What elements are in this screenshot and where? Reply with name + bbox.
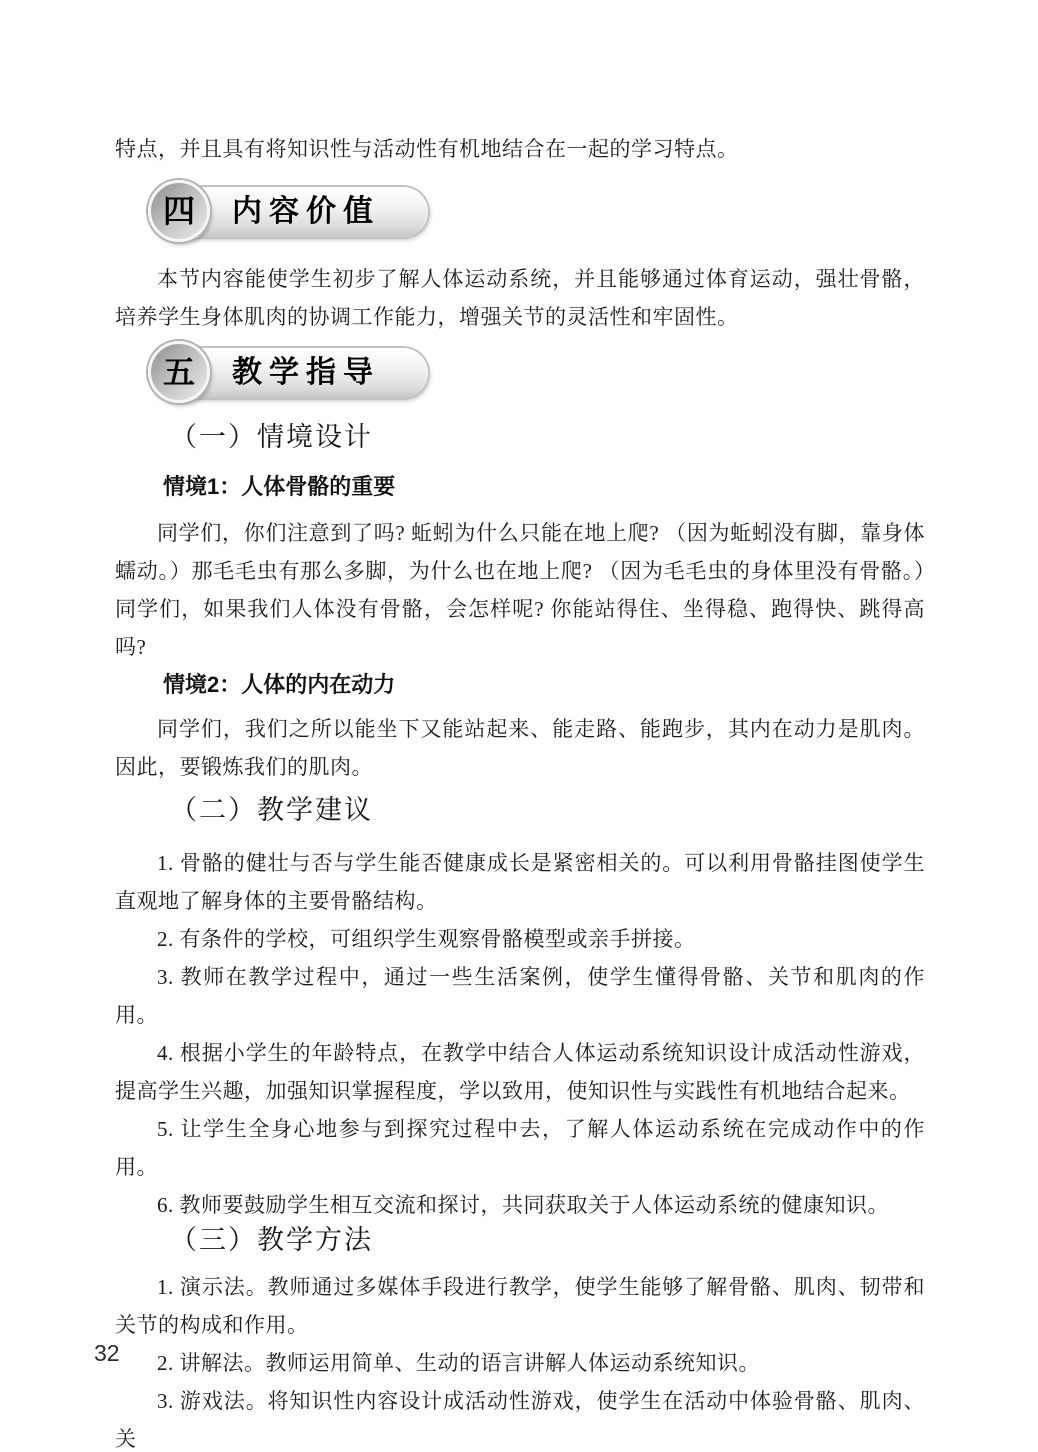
list-item: 5. 让学生全身心地参与到探究过程中去，了解人体运动系统在完成动作中的作用。 [115,1110,925,1186]
section-four-number-icon: 四 [148,180,210,242]
text-column: 特点，并且具有将知识性与活动性有机地结合在一起的学习特点。 内容价值 四 本节内… [115,0,925,1452]
list-item: 1. 演示法。教师通过多媒体手段进行教学，使学生能够了解骨骼、肌肉、韧带和关节的… [115,1268,925,1344]
scene-one-paragraph: 同学们，你们注意到了吗? 蚯蚓为什么只能在地上爬? （因为蚯蚓没有脚，靠身体蠕动… [115,514,925,666]
section-four-header: 内容价值 四 [148,180,508,246]
page-number: 32 [94,1340,120,1367]
methods-list: 1. 演示法。教师通过多媒体手段进行教学，使学生能够了解骨骼、肌肉、韧带和关节的… [115,1268,925,1452]
subsection-two-heading: （二）教学建议 [170,790,925,830]
scene-two-heading: 情境2：人体的内在动力 [163,670,925,700]
section-four-number: 四 [163,195,195,227]
list-item: 3. 游戏法。将知识性内容设计成活动性游戏，使学生在活动中体验骨骼、肌肉、关 [115,1382,925,1452]
list-item: 2. 有条件的学校，可组织学生观察骨骼模型或亲手拼接。 [115,920,925,958]
list-item: 6. 教师要鼓励学生相互交流和探讨，共同获取关于人体运动系统的健康知识。 [115,1186,925,1224]
suggestions-list: 1. 骨骼的健壮与否与学生能否健康成长是紧密相关的。可以利用骨骼挂图使学生直观地… [115,844,925,1224]
document-page: 特点，并且具有将知识性与活动性有机地结合在一起的学习特点。 内容价值 四 本节内… [0,0,1038,1452]
scene-one-heading: 情境1：人体骨骼的重要 [163,472,925,502]
list-item: 4. 根据小学生的年龄特点，在教学中结合人体运动系统知识设计成活动性游戏，提高学… [115,1034,925,1110]
list-item: 2. 讲解法。教师运用简单、生动的语言讲解人体运动系统知识。 [115,1344,925,1382]
list-item: 1. 骨骼的健壮与否与学生能否健康成长是紧密相关的。可以利用骨骼挂图使学生直观地… [115,844,925,920]
section-five-header: 教学指导 五 [148,341,508,407]
section-five-number: 五 [163,356,195,388]
section-five-number-icon: 五 [148,341,210,403]
subsection-three-heading: （三）教学方法 [170,1220,925,1260]
continuation-paragraph: 特点，并且具有将知识性与活动性有机地结合在一起的学习特点。 [115,130,925,168]
section-four-paragraph: 本节内容能使学生初步了解人体运动系统，并且能够通过体育运动，强壮骨骼，培养学生身… [115,260,925,336]
scene-two-paragraph: 同学们，我们之所以能坐下又能站起来、能走路、能跑步，其内在动力是肌肉。因此，要锻… [115,710,925,786]
list-item: 3. 教师在教学过程中，通过一些生活案例，使学生懂得骨骼、关节和肌肉的作用。 [115,958,925,1034]
subsection-one-heading: （一）情境设计 [170,417,925,457]
